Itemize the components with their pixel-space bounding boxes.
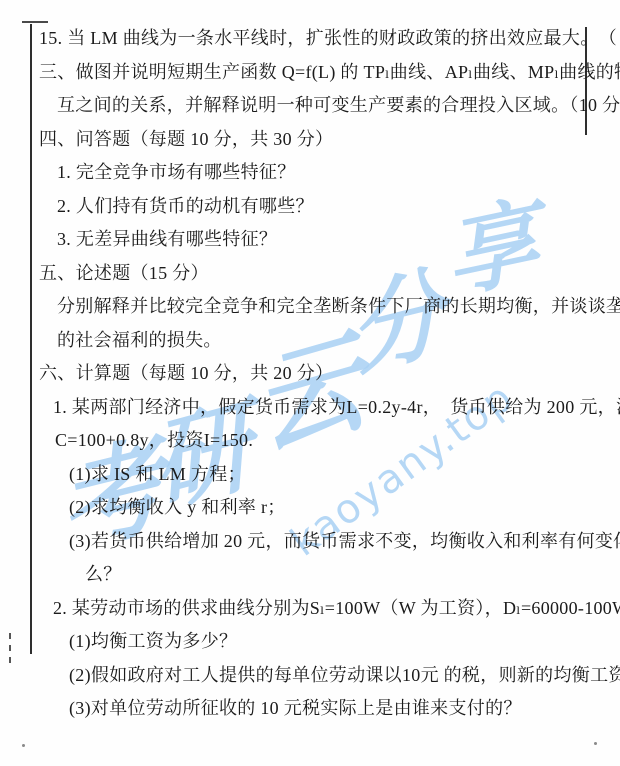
exam-text-line: 1. 某两部门经济中，假定货币需求为L=0.2y-4r， 货币供给为 200 元…: [31, 391, 616, 425]
exam-text-line: 2. 人们持有货币的动机有哪些？: [31, 190, 616, 224]
exam-text-line: 四、问答题（每题 10 分，共 30 分）: [31, 123, 616, 157]
exam-text-line: (2)假如政府对工人提供的每单位劳动课以10元 的税，则新的均衡工资为多少？: [31, 659, 616, 693]
exam-text-line: 三、做图并说明短期生产函数 Q=f(L) 的 TPₗ曲线、APₗ曲线、MPₗ曲线…: [31, 56, 616, 90]
exam-text-line: (1)均衡工资为多少？: [31, 625, 616, 659]
exam-text-line: (1)求 IS 和 LM 方程；: [31, 458, 616, 492]
exam-text-line: 六、计算题（每题 10 分，共 20 分）: [31, 357, 616, 391]
exam-text-body: 15. 当 LM 曲线为一条水平线时，扩张性的财政政策的挤出效应最大。 （ ）三…: [31, 22, 616, 726]
scan-speck: [22, 744, 25, 747]
exam-text-line: (2)求均衡收入 y 和利率 r；: [31, 491, 616, 525]
exam-text-line: C=100+0.8y，投资I=150.: [31, 424, 616, 458]
exam-text-line: 么？: [31, 558, 616, 592]
exam-page-scan: 考研云分享 kaoyany.top 15. 当 LM 曲线为一条水平线时，扩张性…: [0, 0, 620, 766]
exam-text-line: 15. 当 LM 曲线为一条水平线时，扩张性的财政政策的挤出效应最大。 （ ）: [31, 22, 616, 56]
exam-text-line: (3)对单位劳动所征收的 10 元税实际上是由谁来支付的？: [31, 692, 616, 726]
exam-text-line: 互之间的关系，并解释说明一种可变生产要素的合理投入区域。（10 分）: [31, 89, 616, 123]
scan-speck: [594, 742, 597, 745]
exam-text-line: 1. 完全竞争市场有哪些特征？: [31, 156, 616, 190]
exam-text-line: 五、论述题（15 分）: [31, 257, 616, 291]
scan-artifact-left-dash: [9, 633, 11, 667]
exam-text-line: (3)若货币供给增加 20 元，而货币需求不变，均衡收入和利率有何变化，为什: [31, 525, 616, 559]
exam-text-line: 分别解释并比较完全竞争和完全垄断条件下厂商的长期均衡，并谈谈垄断所造成: [31, 290, 616, 324]
exam-text-line: 的社会福利的损失。: [31, 324, 616, 358]
exam-text-line: 3. 无差异曲线有哪些特征？: [31, 223, 616, 257]
exam-text-line: 2. 某劳动市场的供求曲线分别为Sₗ=100W（W 为工资），Dₗ=60000-…: [31, 592, 616, 626]
